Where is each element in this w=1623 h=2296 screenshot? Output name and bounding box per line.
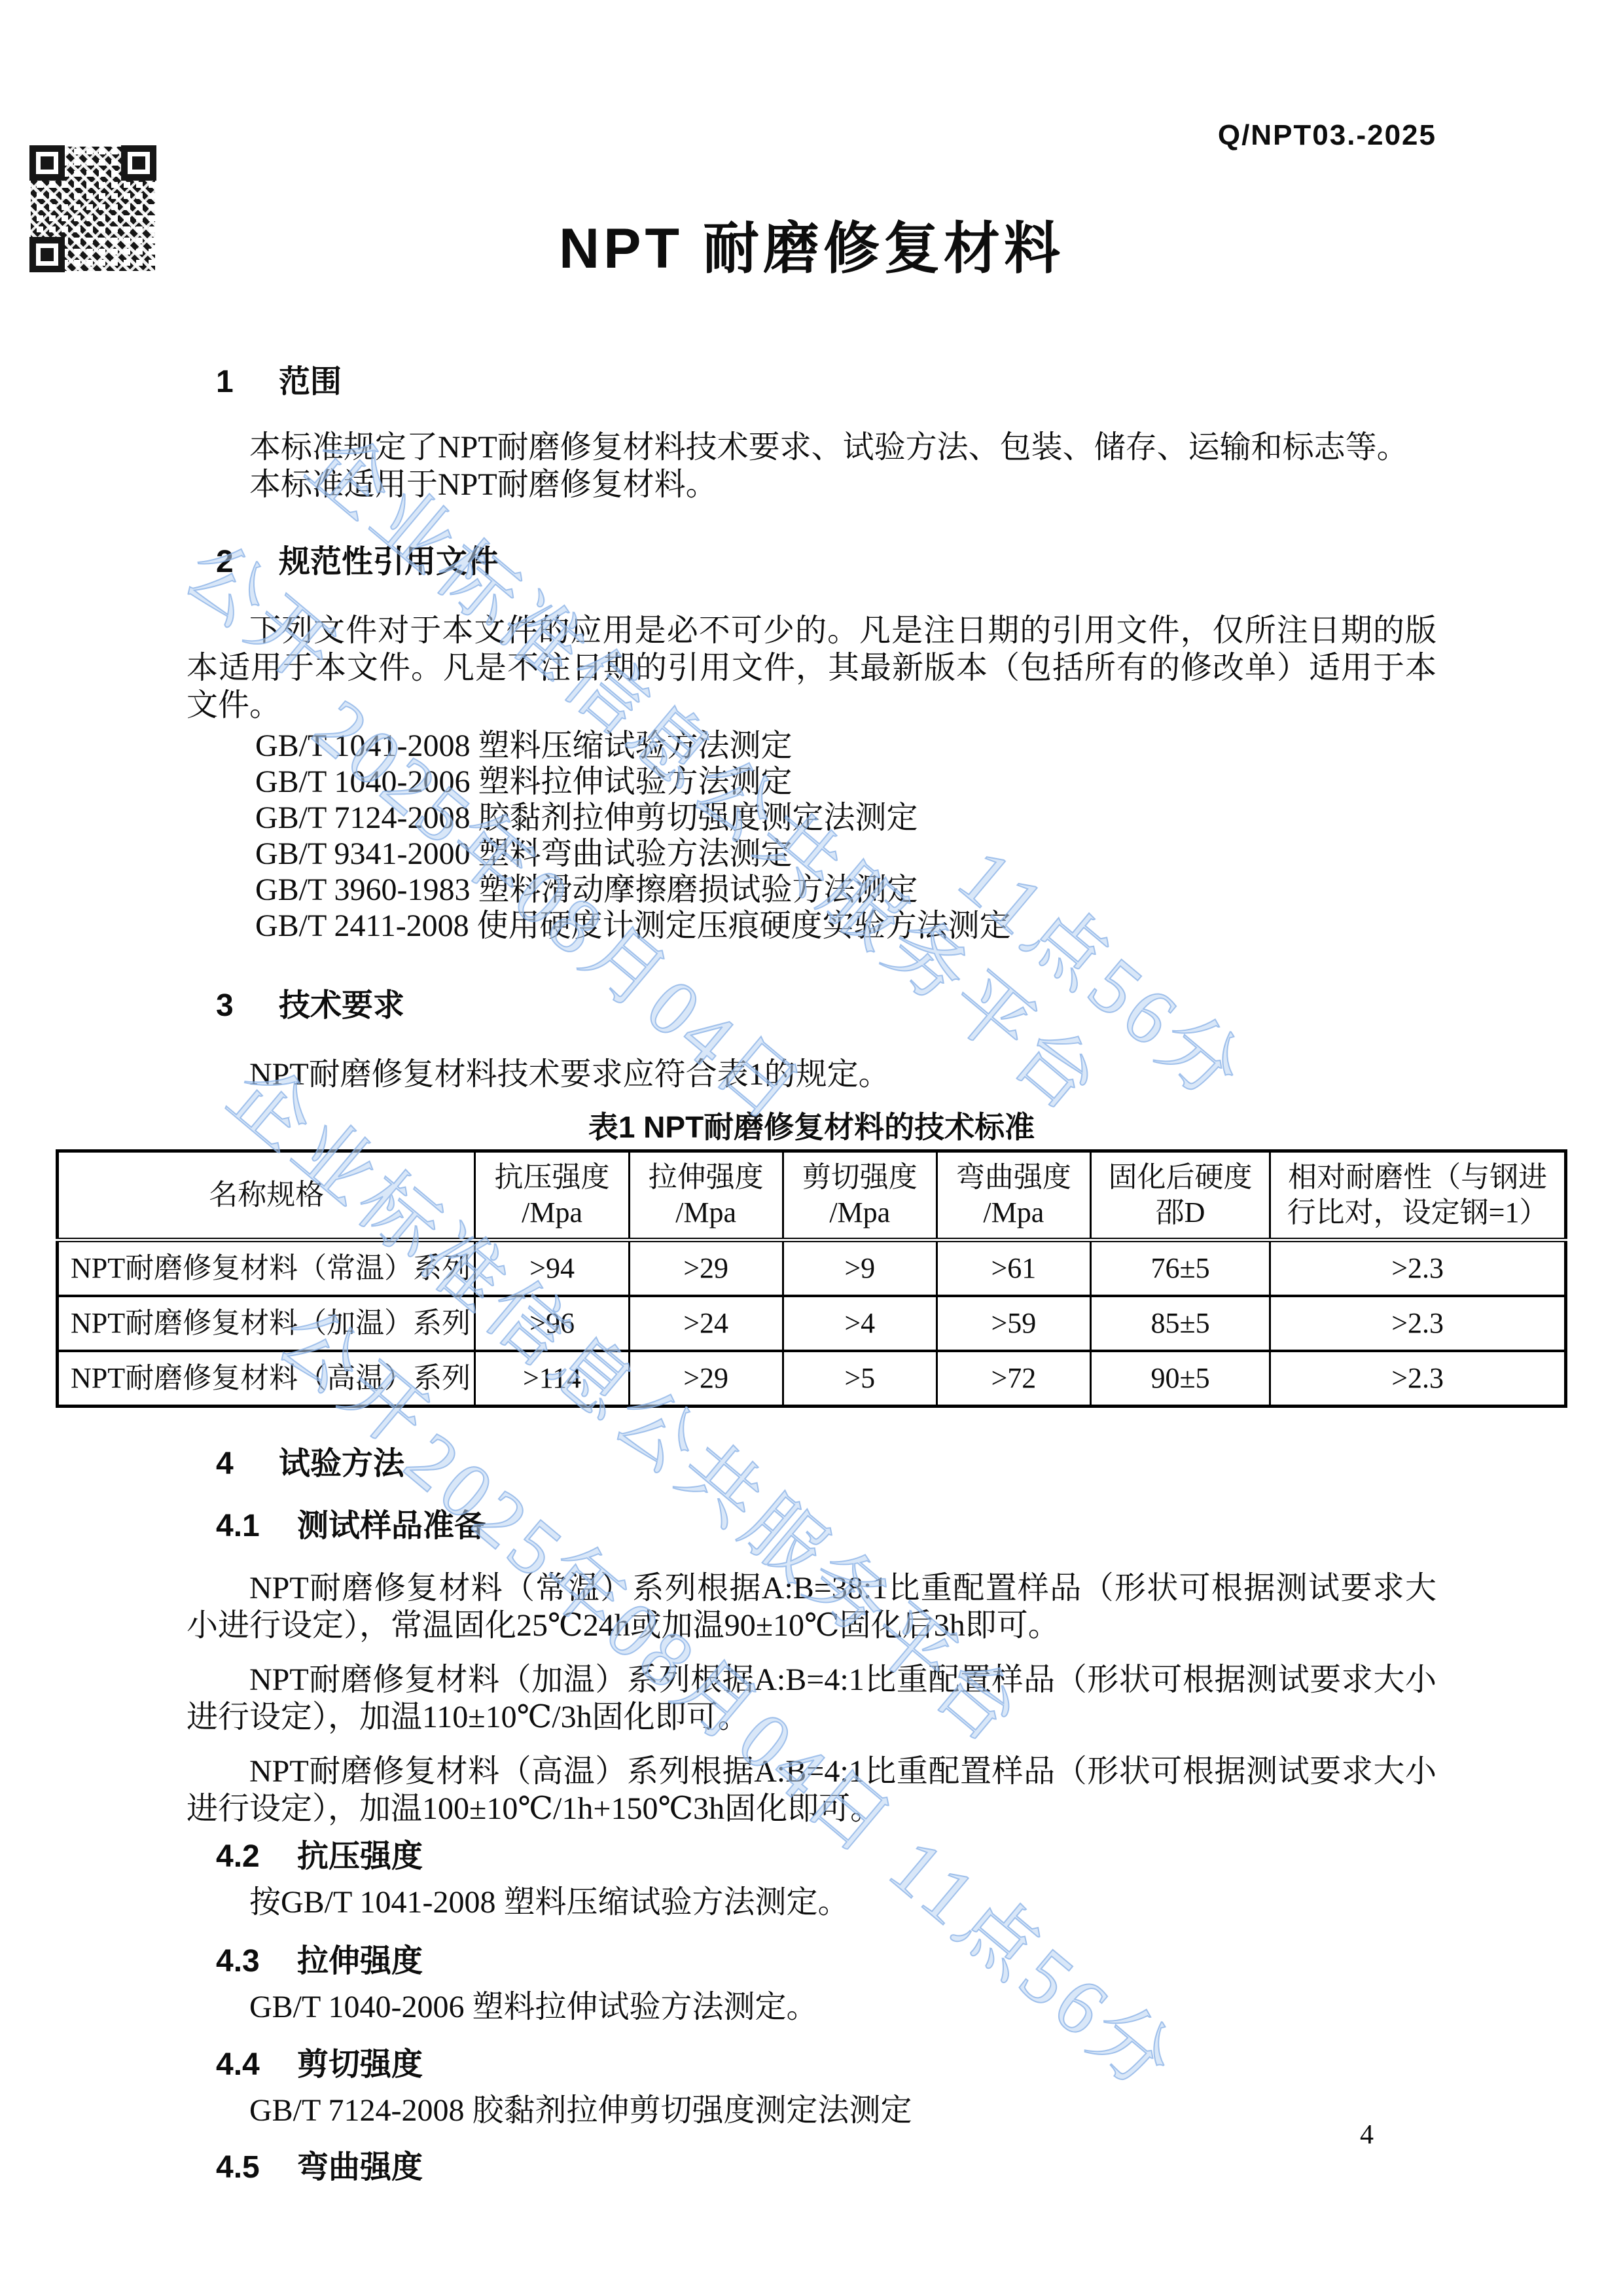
reference-list: GB/T 1041-2008 塑料压缩试验方法测定GB/T 1040-2006 … — [187, 728, 1436, 944]
column-header: 相对耐磨性（与钢进行比对，设定钢=1） — [1270, 1151, 1566, 1240]
reference-item: GB/T 9341-2000 塑料弯曲试验方法测定 — [187, 836, 1436, 872]
reference-item: GB/T 2411-2008 使用硬度计测定压痕硬度实验方法测定 — [187, 908, 1436, 944]
section-heading-label: 弯曲强度 — [297, 2150, 423, 2185]
column-header: 弯曲强度/Mpa — [936, 1151, 1090, 1240]
table-cell: >2.3 — [1270, 1240, 1566, 1297]
section-number: 4.5 — [216, 2149, 279, 2186]
qr-finder-icon — [121, 145, 156, 181]
paragraph: NPT耐磨修复材料（高温）系列根据A:B=4:1比重配置样品（形状可根据测试要求… — [187, 1753, 1436, 1827]
reference-item: GB/T 1041-2008 塑料压缩试验方法测定 — [187, 728, 1436, 764]
column-header: 固化后硬度邵D — [1090, 1151, 1270, 1240]
section-heading-3: 3技术要求 — [187, 987, 1436, 1024]
section-number: 3 — [216, 987, 255, 1024]
table-cell: >94 — [475, 1240, 629, 1297]
table-caption: 表1 NPT耐磨修复材料的技术标准 — [187, 1110, 1436, 1144]
table-cell: >29 — [629, 1240, 783, 1297]
section-heading-label: 规范性引用文件 — [279, 545, 499, 579]
section-heading-label: 剪切强度 — [297, 2047, 423, 2082]
section-heading-4-1: 4.1测试样品准备 — [187, 1507, 1436, 1545]
document-body: 1范围 本标准规定了NPT耐磨修复材料技术要求、试验方法、包装、储存、运输和标志… — [187, 0, 1436, 2186]
section-heading-label: 拉伸强度 — [297, 1944, 423, 1979]
section-heading-2: 2规范性引用文件 — [187, 543, 1436, 581]
table-cell: 90±5 — [1090, 1351, 1270, 1407]
table-cell: 76±5 — [1090, 1240, 1270, 1297]
table-row: NPT耐磨修复材料（高温）系列>114>29>5>7290±5>2.3 — [58, 1351, 1566, 1407]
table-cell: >114 — [475, 1351, 629, 1407]
qr-finder-icon — [29, 145, 65, 181]
page-number: 4 — [1360, 2119, 1374, 2151]
column-header: 名称规格 — [58, 1151, 475, 1240]
spec-table: 名称规格抗压强度/Mpa拉伸强度/Mpa剪切强度/Mpa弯曲强度/Mpa固化后硬… — [56, 1149, 1567, 1408]
section-heading-label: 技术要求 — [279, 988, 404, 1023]
table-body: NPT耐磨修复材料（常温）系列>94>29>9>6176±5>2.3NPT耐磨修… — [58, 1240, 1566, 1407]
table-cell: >2.3 — [1270, 1296, 1566, 1351]
column-header: 剪切强度/Mpa — [783, 1151, 936, 1240]
table-cell: >72 — [936, 1351, 1090, 1407]
paragraph: 下列文件对于本文件的应用是必不可少的。凡是注日期的引用文件，仅所注日期的版本适用… — [187, 612, 1436, 724]
table-cell: NPT耐磨修复材料（高温）系列 — [58, 1351, 475, 1407]
document-page: Q/NPT03.-2025 NPT 耐磨修复材料 1范围 本标准规定了NPT耐磨… — [0, 0, 1623, 2296]
table-cell: >59 — [936, 1296, 1090, 1351]
table-cell: >2.3 — [1270, 1351, 1566, 1407]
section-heading-4-3: 4.3拉伸强度 — [187, 1943, 1436, 1980]
paragraph: GB/T 7124-2008 胶黏剂拉伸剪切强度测定法测定 — [187, 2092, 1436, 2129]
section-heading-label: 测试样品准备 — [297, 1509, 486, 1543]
section-heading-label: 抗压强度 — [297, 1839, 423, 1874]
column-header: 抗压强度/Mpa — [475, 1151, 629, 1240]
section-heading-4: 4试验方法 — [187, 1445, 1436, 1482]
table-cell: NPT耐磨修复材料（加温）系列 — [58, 1296, 475, 1351]
table-cell: 85±5 — [1090, 1296, 1270, 1351]
section-number: 2 — [216, 543, 255, 581]
paragraph: 本标准适用于NPT耐磨修复材料。 — [187, 466, 1436, 503]
table-cell: >5 — [783, 1351, 936, 1407]
section-number: 4.4 — [216, 2046, 279, 2083]
section-heading-1: 1范围 — [187, 363, 1436, 401]
table-cell: >61 — [936, 1240, 1090, 1297]
section-heading-4-4: 4.4剪切强度 — [187, 2046, 1436, 2083]
section-number: 1 — [216, 363, 255, 401]
section-number: 4.1 — [216, 1507, 279, 1545]
section-heading-label: 范围 — [279, 365, 342, 399]
table-row: NPT耐磨修复材料（常温）系列>94>29>9>6176±5>2.3 — [58, 1240, 1566, 1297]
reference-item: GB/T 1040-2006 塑料拉伸试验方法测定 — [187, 764, 1436, 800]
section-heading-4-2: 4.2抗压强度 — [187, 1838, 1436, 1875]
table-row: NPT耐磨修复材料（加温）系列>96>24>4>5985±5>2.3 — [58, 1296, 1566, 1351]
paragraph: 按GB/T 1041-2008 塑料压缩试验方法测定。 — [187, 1884, 1436, 1921]
paragraph: GB/T 1040-2006 塑料拉伸试验方法测定。 — [187, 1988, 1436, 2026]
section-number: 4 — [216, 1445, 255, 1482]
column-header: 拉伸强度/Mpa — [629, 1151, 783, 1240]
table-header-row: 名称规格抗压强度/Mpa拉伸强度/Mpa剪切强度/Mpa弯曲强度/Mpa固化后硬… — [58, 1151, 1566, 1240]
section-heading-4-5: 4.5弯曲强度 — [187, 2149, 1436, 2186]
table-cell: NPT耐磨修复材料（常温）系列 — [58, 1240, 475, 1297]
table-cell: >96 — [475, 1296, 629, 1351]
section-number: 4.2 — [216, 1838, 279, 1875]
paragraph: NPT耐磨修复材料（常温）系列根据A:B=38:1比重配置样品（形状可根据测试要… — [187, 1570, 1436, 1644]
table-cell: >24 — [629, 1296, 783, 1351]
paragraph: NPT耐磨修复材料（加温）系列根据A:B=4:1比重配置样品（形状可根据测试要求… — [187, 1661, 1436, 1736]
table-cell: >4 — [783, 1296, 936, 1351]
table-cell: >9 — [783, 1240, 936, 1297]
reference-item: GB/T 3960-1983 塑料滑动摩擦磨损试验方法测定 — [187, 872, 1436, 908]
paragraph: 本标准规定了NPT耐磨修复材料技术要求、试验方法、包装、储存、运输和标志等。 — [187, 429, 1436, 466]
section-number: 4.3 — [216, 1943, 279, 1980]
section-heading-label: 试验方法 — [279, 1446, 404, 1481]
paragraph: NPT耐磨修复材料技术要求应符合表1的规定。 — [187, 1056, 1436, 1093]
reference-item: GB/T 7124-2008 胶黏剂拉伸剪切强度测定法测定 — [187, 800, 1436, 836]
table-cell: >29 — [629, 1351, 783, 1407]
